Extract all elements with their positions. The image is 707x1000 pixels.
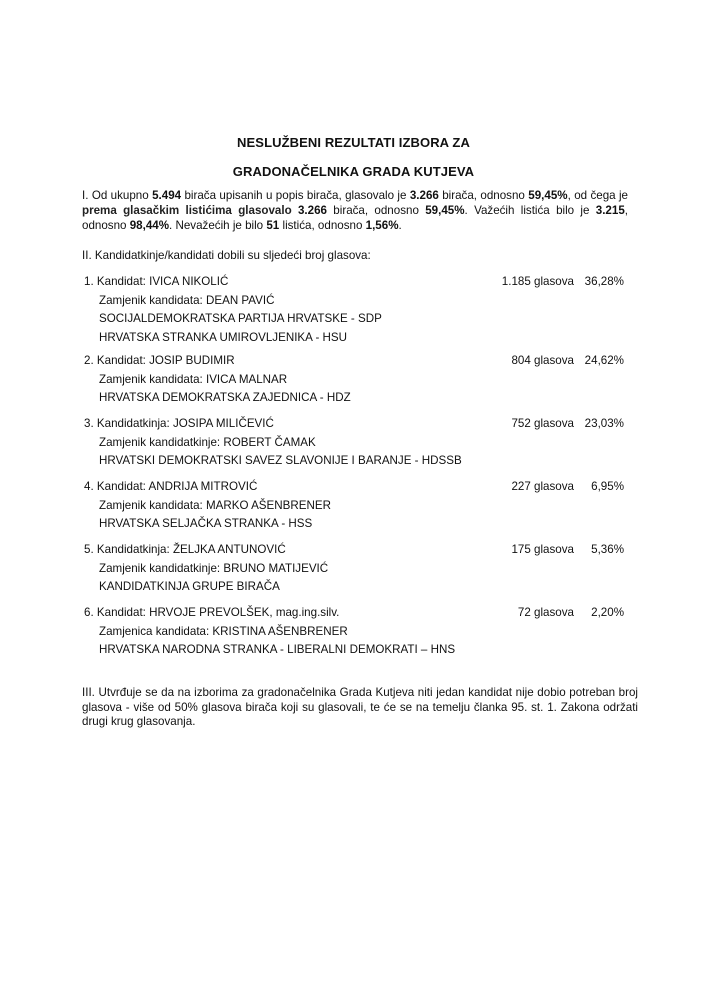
party-name: KANDIDATKINJA GRUPE BIRAČA — [84, 578, 624, 597]
text: . Nevažećih je bilo — [169, 219, 266, 232]
voters-count: 3.266 — [410, 189, 439, 202]
valid-percent: 98,44% — [130, 219, 169, 232]
text: birača, odnosno — [327, 204, 425, 217]
vote-percent: 24,62% — [574, 352, 624, 371]
vote-result: 227 glasova6,95% — [511, 478, 624, 497]
vote-result: 752 glasova23,03% — [511, 415, 624, 434]
vote-count: 227 glasova — [511, 478, 574, 497]
deputy-name: Zamjenik kandidata: IVICA MALNAR — [84, 371, 624, 390]
party-name: HRVATSKA DEMOKRATSKA ZAJEDNICA - HDZ — [84, 389, 624, 408]
ballots-turnout-percent: 59,45% — [425, 204, 464, 217]
ballots-voted-count: 3.266 — [298, 204, 327, 217]
vote-count: 752 glasova — [511, 415, 574, 434]
text: listića, odnosno — [279, 219, 365, 232]
candidate-entry: 2. Kandidat: JOSIP BUDIMIRZamjenik kandi… — [84, 352, 624, 408]
text: I. Od ukupno — [82, 189, 152, 202]
deputy-name: Zamjenik kandidata: MARKO AŠENBRENER — [84, 497, 624, 516]
party-name: HRVATSKA STRANKA UMIROVLJENIKA - HSU — [84, 329, 624, 348]
party-name: HRVATSKI DEMOKRATSKI SAVEZ SLAVONIJE I B… — [84, 452, 624, 471]
vote-result: 72 glasova2,20% — [518, 604, 624, 623]
vote-result: 1.185 glasova36,28% — [502, 273, 624, 292]
vote-count: 72 glasova — [518, 604, 574, 623]
candidate-entry: 6. Kandidat: HRVOJE PREVOLŠEK, mag.ing.s… — [84, 604, 624, 660]
candidate-entry: 1. Kandidat: IVICA NIKOLIĆZamjenik kandi… — [84, 273, 624, 347]
invalid-percent: 1,56% — [366, 219, 399, 232]
text: . Važećih listića bilo je — [465, 204, 596, 217]
vote-percent: 5,36% — [574, 541, 624, 560]
party-name: HRVATSKA SELJAČKA STRANKA - HSS — [84, 515, 624, 534]
party-name: HRVATSKA NARODNA STRANKA - LIBERALNI DEM… — [84, 641, 624, 660]
vote-result: 175 glasova5,36% — [511, 541, 624, 560]
vote-count: 804 glasova — [511, 352, 574, 371]
vote-percent: 23,03% — [574, 415, 624, 434]
turnout-summary: I. Od ukupno 5.494 birača upisanih u pop… — [82, 188, 628, 233]
valid-ballots: 3.215 — [596, 204, 625, 217]
deputy-name: Zamjenik kandidatkinje: ROBERT ČAMAK — [84, 434, 624, 453]
text: . — [399, 219, 402, 232]
vote-result: 804 glasova24,62% — [511, 352, 624, 371]
text: , od čega je — [568, 189, 628, 202]
invalid-ballots: 51 — [266, 219, 279, 232]
vote-percent: 36,28% — [574, 273, 624, 292]
party-name: SOCIJALDEMOKRATSKA PARTIJA HRVATSKE - SD… — [84, 310, 624, 329]
document-title-line-1: NESLUŽBENI REZULTATI IZBORA ZA — [0, 135, 707, 150]
candidates-intro: II. Kandidatkinje/kandidati dobili su sl… — [82, 248, 628, 263]
text: birača upisanih u popis birača, glasoval… — [181, 189, 410, 202]
deputy-name: Zamjenik kandidata: DEAN PAVIĆ — [84, 292, 624, 311]
vote-count: 175 glasova — [511, 541, 574, 560]
turnout-percent: 59,45% — [528, 189, 567, 202]
deputy-name: Zamjenica kandidata: KRISTINA AŠENBRENER — [84, 623, 624, 642]
registered-voters: 5.494 — [152, 189, 181, 202]
text: birača, odnosno — [439, 189, 528, 202]
vote-percent: 2,20% — [574, 604, 624, 623]
candidate-entry: 3. Kandidatkinja: JOSIPA MILIČEVIĆZamjen… — [84, 415, 624, 471]
document-title-line-2: GRADONAČELNIKA GRADA KUTJEVA — [0, 164, 707, 179]
conclusion: III. Utvrđuje se da na izborima za grado… — [82, 686, 638, 730]
candidate-entry: 5. Kandidatkinja: ŽELJKA ANTUNOVIĆZamjen… — [84, 541, 624, 597]
text: prema glasačkim listićima glasovalo — [82, 204, 298, 217]
vote-count: 1.185 glasova — [502, 273, 574, 292]
deputy-name: Zamjenik kandidatkinje: BRUNO MATIJEVIĆ — [84, 560, 624, 579]
vote-percent: 6,95% — [574, 478, 624, 497]
candidate-entry: 4. Kandidat: ANDRIJA MITROVIĆZamjenik ka… — [84, 478, 624, 534]
